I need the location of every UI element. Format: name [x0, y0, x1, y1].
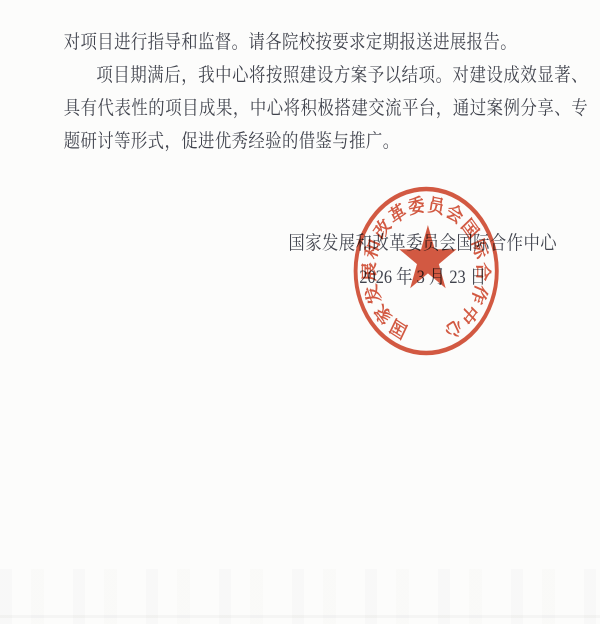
star-icon	[399, 225, 456, 288]
seal-char: 委	[406, 193, 426, 219]
document-page: 对项目进行指导和监督。请各院校按要求定期报送进展报告。 项目期满后，我中心将按照…	[0, 0, 600, 624]
body-text: 对项目进行指导和监督。请各院校按要求定期报送进展报告。 项目期满后，我中心将按照…	[64, 26, 588, 158]
official-seal: 国家发展和改革委员会国际合作中心	[340, 171, 512, 371]
seal-char: 际	[468, 236, 491, 261]
scan-area: 对项目进行指导和监督。请各院校按要求定期报送进展报告。 项目期满后，我中心将按照…	[0, 0, 600, 624]
body-paragraph: 项目期满后，我中心将按照建设方案予以结项。对建设成效显著、具有代表性的项目成果，…	[64, 59, 588, 158]
body-paragraph: 对项目进行指导和监督。请各院校按要求定期报送进展报告。	[64, 26, 588, 59]
seal-char: 展	[360, 262, 379, 282]
seal-char: 合	[474, 262, 494, 282]
seal-char: 员	[426, 194, 446, 219]
